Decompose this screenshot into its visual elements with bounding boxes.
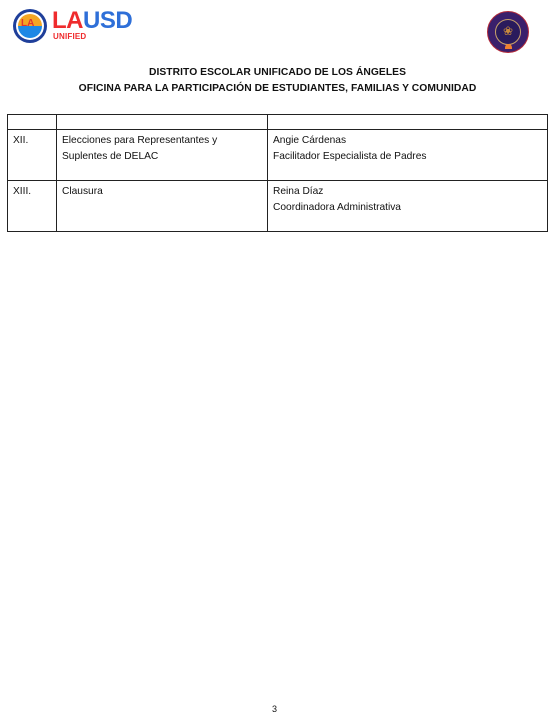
lausd-seal-icon: LA — [13, 9, 47, 43]
table-row: XIII. Clausura Reina Díaz Coordinadora A… — [8, 181, 548, 232]
flower-emblem-icon: ❀ — [502, 24, 514, 38]
sun-emblem-icon — [505, 44, 512, 49]
item-number: XII. — [8, 130, 57, 181]
presenter: Angie Cárdenas Facilitador Especialista … — [268, 130, 548, 181]
item-description: Clausura — [57, 181, 268, 232]
item-number: XIII. — [8, 181, 57, 232]
item-description: Elecciones para Representantes y Suplent… — [57, 130, 268, 181]
lausd-unified-label: UNIFIED — [53, 32, 86, 41]
document-title-district: DISTRITO ESCOLAR UNIFICADO DE LOS ÁNGELE… — [0, 67, 555, 78]
table-header-row — [8, 115, 548, 130]
presenter-title: Coordinadora Administrativa — [273, 200, 542, 216]
presenter: Reina Díaz Coordinadora Administrativa — [268, 181, 548, 232]
presenter-title: Facilitador Especialista de Padres — [273, 149, 542, 165]
agenda-table: XII. Elecciones para Representantes y Su… — [7, 114, 548, 232]
header-cell — [268, 115, 548, 130]
document-title-office: OFICINA PARA LA PARTICIPACIÓN DE ESTUDIA… — [0, 83, 555, 94]
lausd-logo: LA LAUSD UNIFIED — [13, 9, 143, 43]
header-cell — [57, 115, 268, 130]
lausd-wordmark: LAUSD — [52, 7, 132, 35]
table-row: XII. Elecciones para Representantes y Su… — [8, 130, 548, 181]
presenter-name: Reina Díaz — [273, 184, 542, 200]
page-number: 3 — [0, 704, 549, 714]
header-cell — [8, 115, 57, 130]
presenter-name: Angie Cárdenas — [273, 133, 542, 149]
district-seal-icon: ❀ — [487, 11, 529, 53]
